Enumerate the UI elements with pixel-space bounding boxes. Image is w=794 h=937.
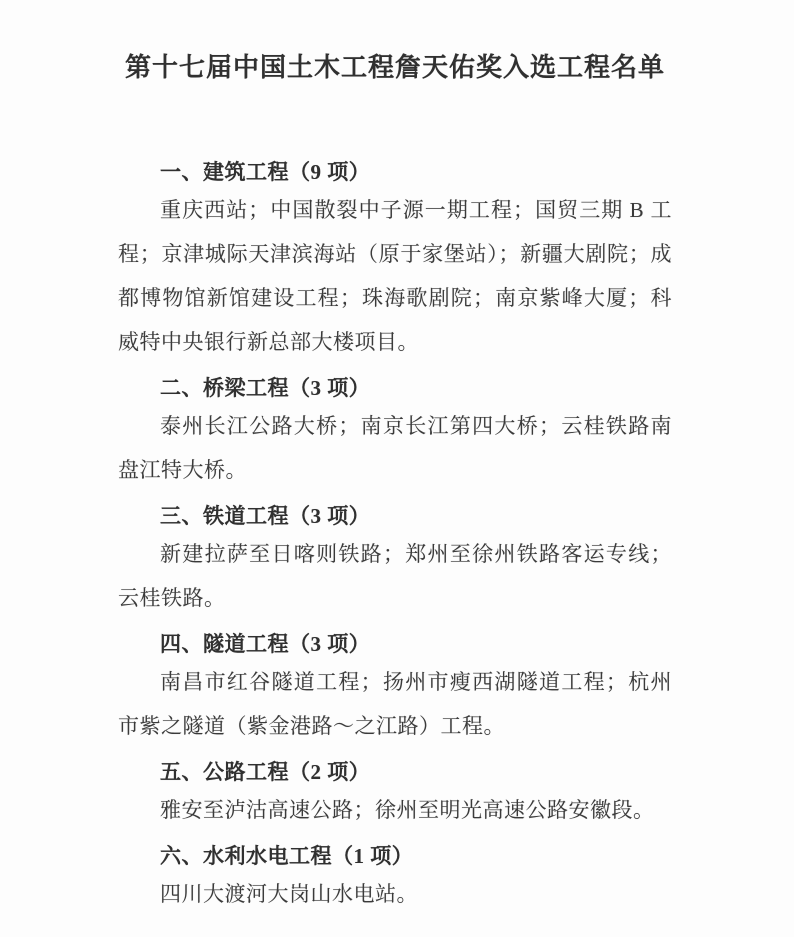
- section-body: 新建拉萨至日喀则铁路；郑州至徐州铁路客运专线；云桂铁路。: [118, 532, 672, 620]
- section-heading: 五、公路工程（2 项）: [118, 756, 672, 788]
- section-highways: 五、公路工程（2 项） 雅安至泸沽高速公路；徐州至明光高速公路安徽段。: [118, 756, 672, 832]
- document-title: 第十七届中国土木工程詹天佑奖入选工程名单: [118, 50, 672, 86]
- section-heading: 六、水利水电工程（1 项）: [118, 840, 672, 872]
- section-body: 四川大渡河大岗山水电站。: [118, 872, 672, 916]
- document-page: 第十七届中国土木工程詹天佑奖入选工程名单 一、建筑工程（9 项） 重庆西站；中国…: [0, 0, 794, 937]
- section-railways: 三、铁道工程（3 项） 新建拉萨至日喀则铁路；郑州至徐州铁路客运专线；云桂铁路。: [118, 500, 672, 620]
- section-buildings: 一、建筑工程（9 项） 重庆西站；中国散裂中子源一期工程；国贸三期 B 工程；京…: [118, 156, 672, 364]
- section-hydropower: 六、水利水电工程（1 项） 四川大渡河大岗山水电站。: [118, 840, 672, 916]
- section-body: 雅安至泸沽高速公路；徐州至明光高速公路安徽段。: [118, 788, 672, 832]
- section-bridges: 二、桥梁工程（3 项） 泰州长江公路大桥；南京长江第四大桥；云桂铁路南盘江特大桥…: [118, 372, 672, 492]
- section-body: 泰州长江公路大桥；南京长江第四大桥；云桂铁路南盘江特大桥。: [118, 404, 672, 492]
- section-tunnels: 四、隧道工程（3 项） 南昌市红谷隧道工程；扬州市瘦西湖隧道工程；杭州市紫之隧道…: [118, 628, 672, 748]
- section-body: 重庆西站；中国散裂中子源一期工程；国贸三期 B 工程；京津城际天津滨海站（原于家…: [118, 188, 672, 364]
- section-body: 南昌市红谷隧道工程；扬州市瘦西湖隧道工程；杭州市紫之隧道（紫金港路～之江路）工程…: [118, 660, 672, 748]
- document-content: 第十七届中国土木工程詹天佑奖入选工程名单 一、建筑工程（9 项） 重庆西站；中国…: [0, 50, 794, 916]
- section-heading: 四、隧道工程（3 项）: [118, 628, 672, 660]
- section-heading: 二、桥梁工程（3 项）: [118, 372, 672, 404]
- section-heading: 三、铁道工程（3 项）: [118, 500, 672, 532]
- section-heading: 一、建筑工程（9 项）: [118, 156, 672, 188]
